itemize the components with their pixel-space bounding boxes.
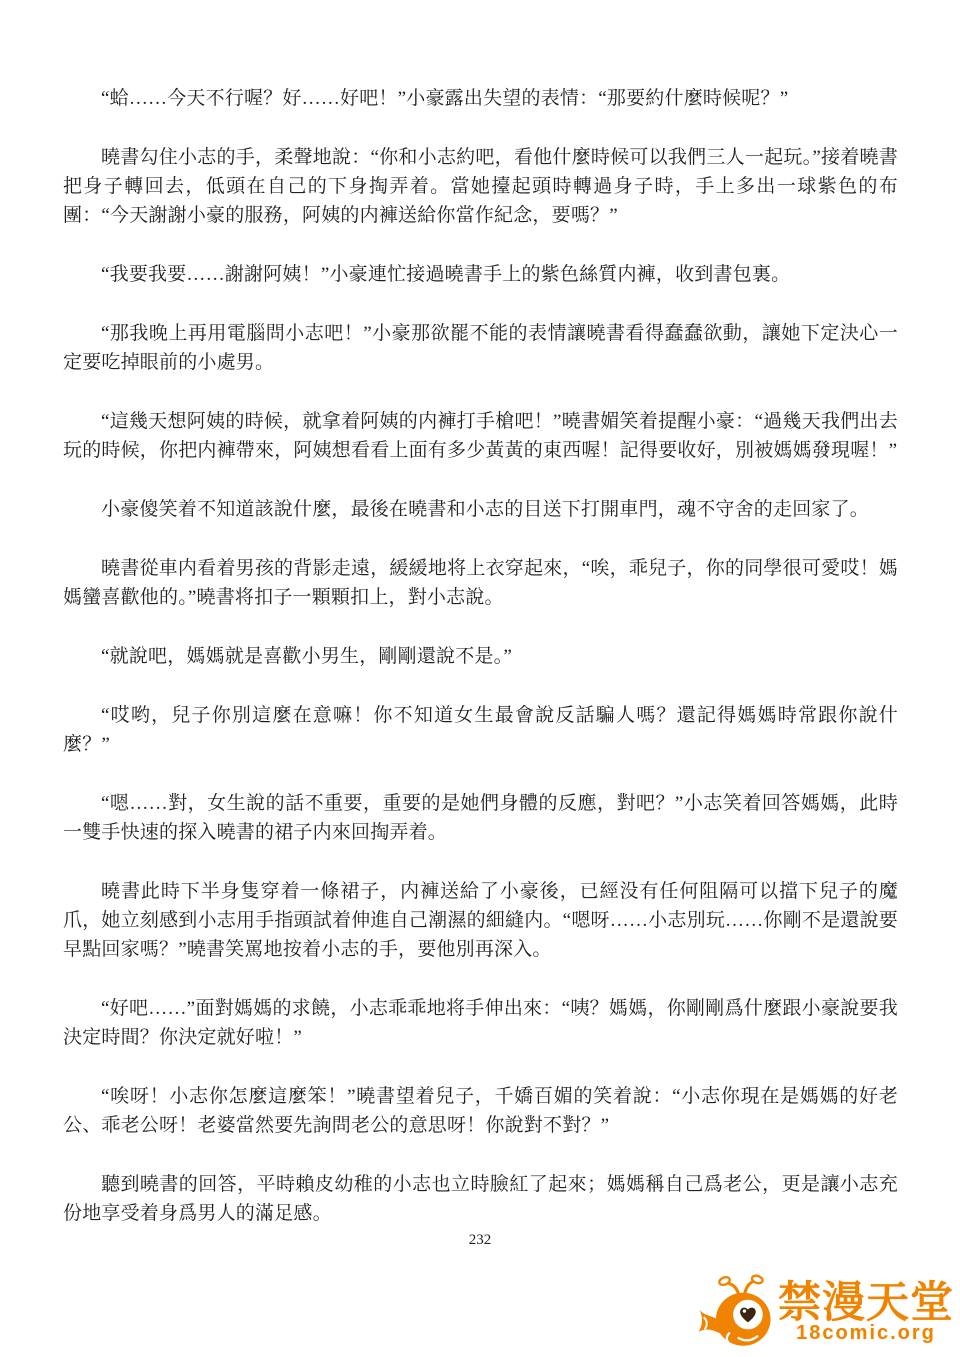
story-paragraph: “蛤……今天不行喔？好……好吧！”小豪露出失望的表情：“那要約什麼時候呢？” xyxy=(63,84,898,113)
story-paragraph: “我要我要……謝謝阿姨！”小豪連忙接過曉書手上的紫色絲質内褲，收到書包裏。 xyxy=(63,260,898,289)
watermark-text: 禁漫天堂 18comic.org xyxy=(778,1274,954,1343)
brand-name: 禁漫天堂 xyxy=(778,1282,954,1325)
story-paragraph: 聽到曉書的回答，平時賴皮幼稚的小志也立時臉紅了起來；媽媽稱自己爲老公，更是讓小志… xyxy=(63,1170,898,1228)
story-paragraph: “好吧……”面對媽媽的求饒，小志乖乖地将手伸出來：“咦？媽媽，你剛剛爲什麼跟小豪… xyxy=(63,994,898,1052)
story-paragraph: 曉書此時下半身隻穿着一條裙子，内褲送給了小豪後，已經没有任何阻隔可以擋下兒子的魔… xyxy=(63,877,898,964)
story-paragraph: “哎哟，兒子你別這麼在意嘛！你不知道女生最會說反話騙人嗎？還記得媽媽時常跟你說什… xyxy=(63,701,898,759)
whale-mascot-icon xyxy=(698,1274,776,1352)
story-paragraph: “那我晚上再用電腦問小志吧！”小豪那欲罷不能的表情讓曉書看得蠢蠢欲動，讓她下定決… xyxy=(63,319,898,377)
story-paragraph: “唉呀！小志你怎麼這麼笨！”曉書望着兒子，千嬌百媚的笑着說：“小志你現在是媽媽的… xyxy=(63,1082,898,1140)
document-page: “蛤……今天不行喔？好……好吧！”小豪露出失望的表情：“那要約什麼時候呢？” 曉… xyxy=(0,0,960,1357)
story-text-block: “蛤……今天不行喔？好……好吧！”小豪露出失望的表情：“那要約什麼時候呢？” 曉… xyxy=(63,84,898,1258)
story-paragraph: 曉書從車内看着男孩的背影走遠，緩緩地将上衣穿起來，“唉，乖兒子，你的同學很可愛哎… xyxy=(63,554,898,612)
story-paragraph: 曉書勾住小志的手，柔聲地說：“你和小志約吧，看他什麼時候可以我們三人一起玩。”接… xyxy=(63,143,898,230)
story-paragraph: “這幾天想阿姨的時候，就拿着阿姨的内褲打手槍吧！”曉書媚笑着提醒小豪：“過幾天我… xyxy=(63,407,898,465)
story-paragraph: “就說吧，媽媽就是喜歡小男生，剛剛還說不是。” xyxy=(63,642,898,671)
page-number: 232 xyxy=(0,1232,960,1249)
site-domain: 18comic.org xyxy=(778,1323,954,1343)
story-paragraph: “嗯……對，女生說的話不重要，重要的是她們身體的反應，對吧？”小志笑着回答媽媽，… xyxy=(63,789,898,847)
story-paragraph: 小豪傻笑着不知道該說什麼，最後在曉書和小志的目送下打開車門，魂不守舍的走回家了。 xyxy=(63,495,898,524)
site-watermark: 禁漫天堂 18comic.org xyxy=(698,1274,954,1352)
